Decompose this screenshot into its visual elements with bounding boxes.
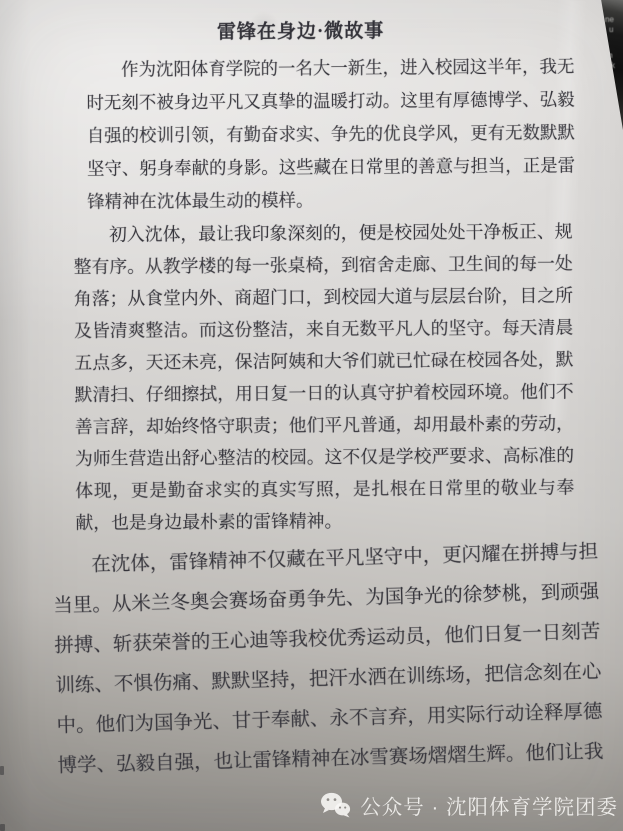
wechat-icon <box>320 792 351 818</box>
watermark: 公众号 · 沈阳体育学院团委 <box>320 790 618 820</box>
document-title: 雷锋在身边·微故事 <box>50 16 596 47</box>
paper-edge-speck <box>0 766 4 775</box>
paragraph-3: 在沈体，雷锋精神不仅藏在平凡坚守中，更闪耀在拼搏与担当里。从米兰冬奥会赛场奋勇争… <box>52 533 604 787</box>
paragraph-1: 作为沈阳体育学院的一名大一新生，进入校园这半年，我无时无刻不被身边平凡又真挚的温… <box>86 50 575 218</box>
essay-text-block: 雷锋在身边·微故事 作为沈阳体育学院的一名大一新生，进入校园这半年，我无时无刻不… <box>50 16 601 787</box>
paper-sheet: 雷锋在身边·微故事 作为沈阳体育学院的一名大一新生，进入校园这半年，我无时无刻不… <box>0 0 623 831</box>
watermark-text: 公众号 · 沈阳体育学院团委 <box>360 790 618 820</box>
paragraph-2: 初入沈体，最让我印象深刻的，便是校园处处干净板正、规整有序。从教学楼的每一张桌椅… <box>73 215 574 538</box>
background-text-fragment: u <box>609 26 613 34</box>
photo-of-document: 雷锋在身边·微故事 作为沈阳体育学院的一名大一新生，进入校园这半年，我无时无刻不… <box>0 0 623 831</box>
background-text-fragment: ne <box>605 16 614 24</box>
paper-edge-speck <box>0 824 5 831</box>
